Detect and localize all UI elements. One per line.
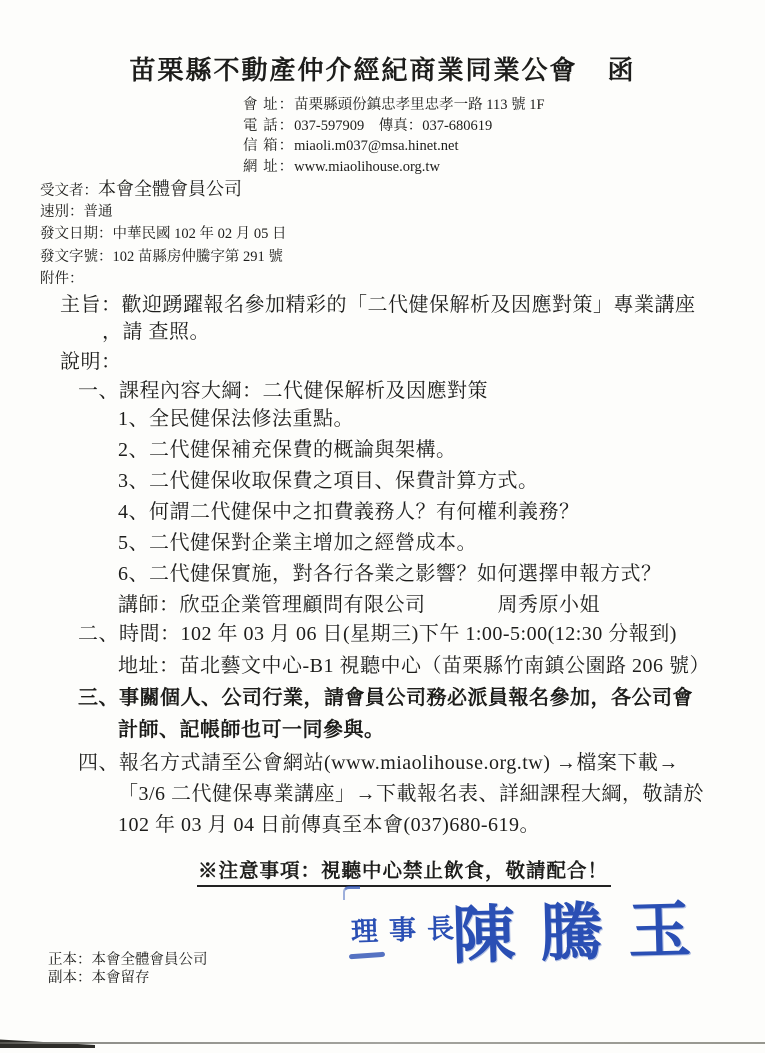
chairman-name-stamp: 陳騰玉	[451, 879, 717, 977]
meta-block: 受文者：本會全體會員公司 速別：普通 發文日期：中華民國 102 年 02 月 …	[40, 177, 287, 291]
contact-email-label: 信 箱：	[243, 138, 294, 154]
contact-website-value: www.miaolihouse.org.tw	[294, 159, 440, 175]
contact-phone-label: 電 話：	[243, 118, 294, 134]
lecturer-row: 講師：欣亞企業管理顧問有限公司周秀原小姐	[118, 590, 662, 621]
scanned-letter-page: 苗栗縣不動產仲介經紀商業同業公會函 會 址：苗栗縣頭份鎮忠孝里忠孝一路 113 …	[0, 0, 765, 1053]
contact-block: 會 址：苗栗縣頭份鎮忠孝里忠孝一路 113 號 1F 電 話：037-59790…	[243, 95, 545, 177]
recipient-row: 受文者：本會全體會員公司	[40, 177, 287, 201]
lecturer-name: 周秀原小姐	[498, 594, 601, 616]
explanation-item1-heading: 一、課程內容大綱：二代健保解析及因應對策	[78, 374, 488, 403]
chairman-title-stamp: 理事長	[350, 906, 465, 949]
stamp-stroke-mark-icon	[349, 952, 385, 959]
explanation-label: 說明：	[60, 345, 122, 374]
contact-phone-value: 037-597909 傳真：037-680619	[294, 118, 492, 134]
item3-line2: 計師、記帳師也可一同參與。	[78, 715, 693, 747]
explanation-item4: 四、報名方式請至公會網站(www.miaolihouse.org.tw) →檔案…	[78, 748, 704, 841]
letter-type: 函	[608, 56, 636, 85]
item2-venue-line: 地址：苗北藝文中心-B1 視聽中心（苗栗縣竹南鎮公園路 206 號）	[78, 651, 710, 683]
contact-website-row: 網 址：www.miaolihouse.org.tw	[243, 157, 545, 178]
original-copy-line: 正本：本會全體會員公司	[48, 952, 208, 970]
stamp-corner-mark-icon	[343, 886, 360, 900]
item4-line2: 「3/6 二代健保專業講座」→下載報名表、詳細課程大綱，敬請於	[78, 779, 704, 810]
doc-number-row: 發文字號：102 苗縣房仲騰字第 291 號	[40, 246, 287, 268]
outline-item: 3、二代健保收取保費之項目、保費計算方式。	[118, 466, 662, 497]
attachment-row: 附件：	[40, 268, 287, 290]
document-title: 苗栗縣不動產仲介經紀商業同業公會函	[0, 50, 765, 87]
contact-phone-row: 電 話：037-597909 傳真：037-680619	[243, 116, 545, 137]
outline-item: 2、二代健保補充保費的概論與架構。	[118, 435, 662, 466]
duplicate-copy-line: 副本：本會留存	[48, 970, 208, 988]
item4-line1: 四、報名方式請至公會網站(www.miaolihouse.org.tw) →檔案…	[78, 748, 704, 779]
subject-line2: ，請 查照。	[60, 319, 696, 346]
outline-item: 6、二代健保實施，對各行各業之影響？如何選擇申報方式？	[118, 559, 662, 590]
outline-item: 5、二代健保對企業主增加之經營成本。	[118, 528, 662, 559]
outline-item: 1、全民健保法修法重點。	[118, 404, 662, 435]
priority-row: 速別：普通	[40, 201, 287, 223]
contact-address-label: 會 址：	[243, 97, 294, 113]
recipient-label: 受文者：	[40, 183, 98, 199]
lecturer-company: 講師：欣亞企業管理顧問有限公司	[118, 594, 426, 616]
explanation-item2: 二、時間：102 年 03 月 06 日(星期三)下午 1:00-5:00(12…	[78, 619, 710, 682]
outline-item: 4、何謂二代健保中之扣費義務人？有何權利義務？	[118, 497, 662, 528]
subject-line1: 主旨：歡迎踴躍報名參加精彩的「二代健保解析及因應對策」專業講座	[60, 292, 696, 319]
contact-address-value: 苗栗縣頭份鎮忠孝里忠孝一路 113 號 1F	[294, 97, 544, 113]
recipient-value: 本會全體會員公司	[98, 179, 242, 199]
issue-date-row: 發文日期：中華民國 102 年 02 月 05 日	[40, 223, 287, 245]
contact-email-row: 信 箱：miaoli.m037@msa.hinet.net	[243, 136, 545, 157]
scan-edge-line	[0, 1042, 765, 1044]
item4-line3: 102 年 03 月 04 日前傳真至本會(037)680-619。	[78, 810, 704, 841]
contact-website-label: 網 址：	[243, 159, 294, 175]
contact-email-value: miaoli.m037@msa.hinet.net	[294, 138, 458, 154]
explanation-item3: 三、事關個人、公司行業，請會員公司務必派員報名參加，各公司會 計師、記帳師也可一…	[78, 683, 693, 746]
contact-address-row: 會 址：苗栗縣頭份鎮忠孝里忠孝一路 113 號 1F	[243, 95, 545, 116]
copies-block: 正本：本會全體會員公司 副本：本會留存	[48, 952, 208, 987]
item3-line1: 三、事關個人、公司行業，請會員公司務必派員報名參加，各公司會	[78, 683, 693, 715]
item2-time-line: 二、時間：102 年 03 月 06 日(星期三)下午 1:00-5:00(12…	[78, 619, 710, 651]
subject-block: 主旨：歡迎踴躍報名參加精彩的「二代健保解析及因應對策」專業講座 ，請 查照。	[60, 292, 696, 345]
association-name: 苗栗縣不動產仲介經紀商業同業公會	[129, 56, 577, 85]
course-outline-list: 1、全民健保法修法重點。 2、二代健保補充保費的概論與架構。 3、二代健保收取保…	[118, 404, 662, 621]
